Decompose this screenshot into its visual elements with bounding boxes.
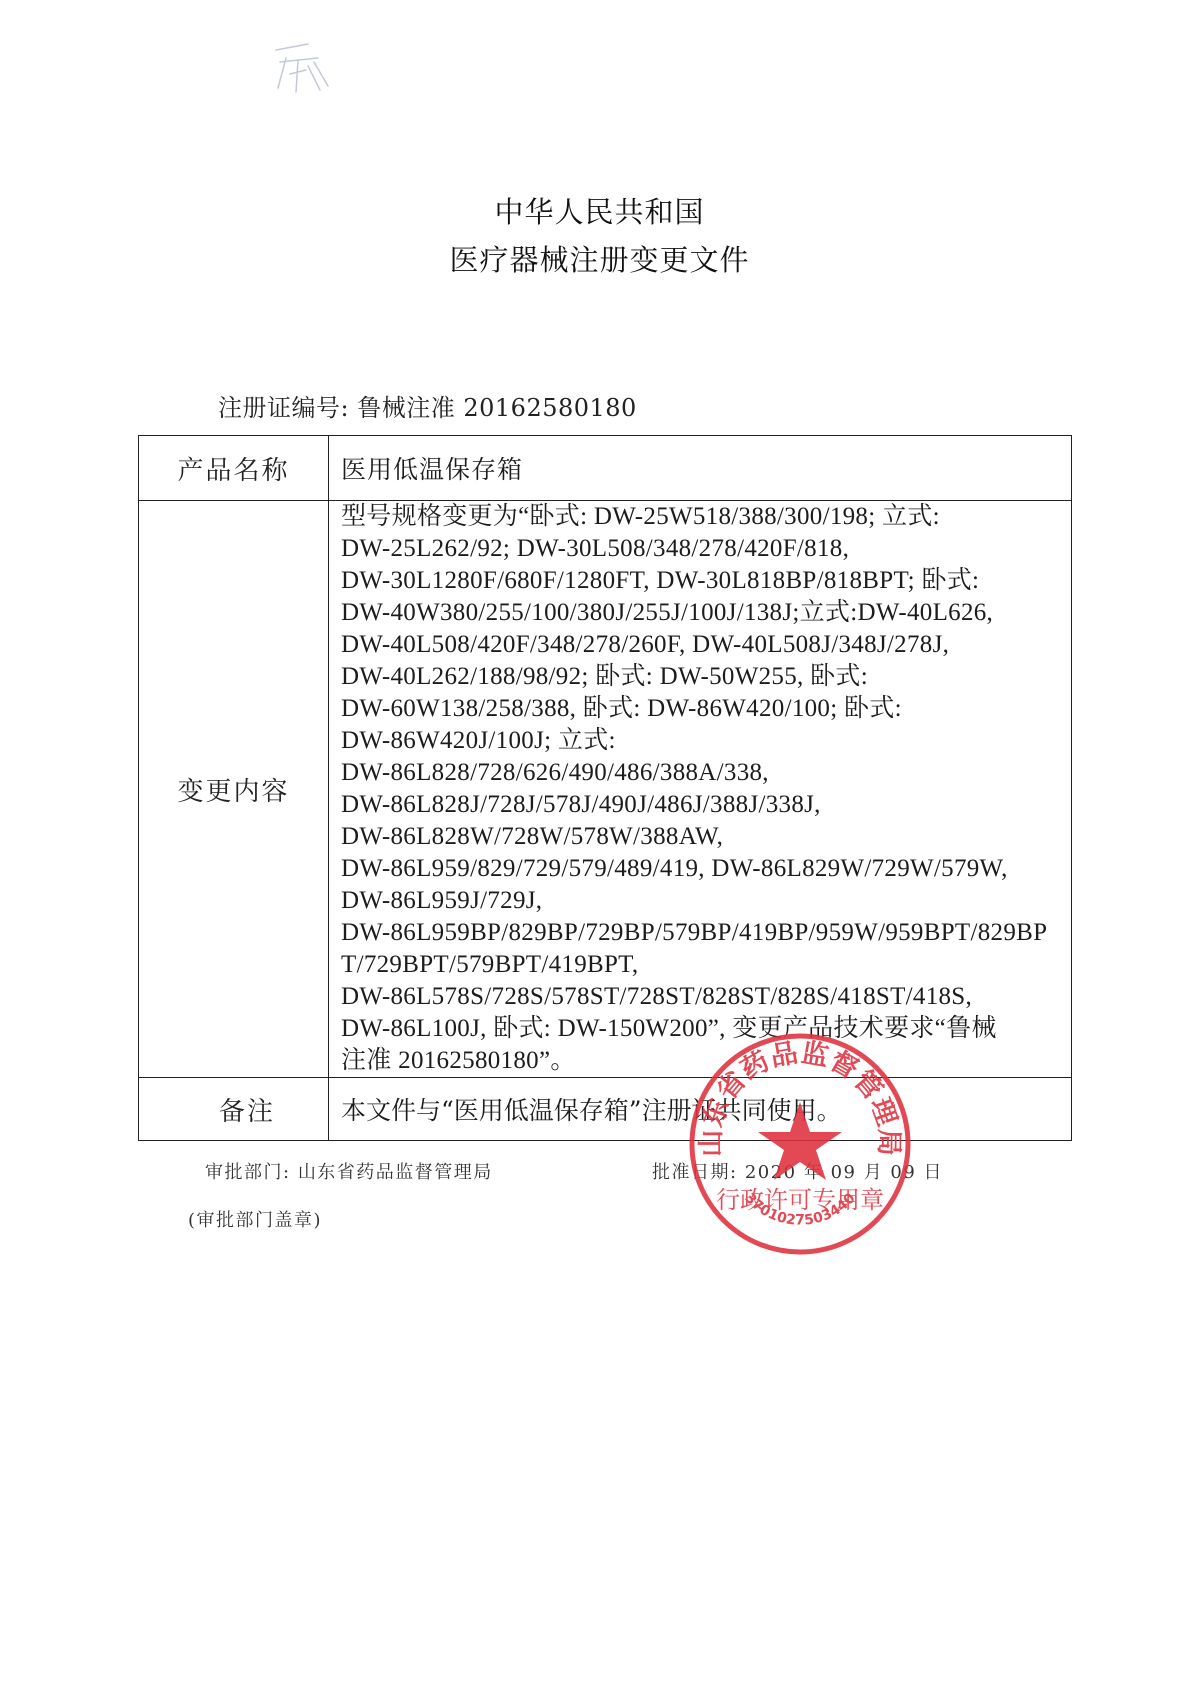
- table-row-product-name: 产品名称 医用低温保存箱: [139, 436, 1072, 501]
- change-line: DW-86L828W/728W/578W/388AW,: [341, 821, 1059, 853]
- approver: 审批部门: 山东省药品监督管理局: [205, 1158, 493, 1184]
- official-seal: 山东省药品监督管理局 行政许可专用章 3701027503440: [686, 1030, 914, 1258]
- seal-center-text: 行政许可专用章: [716, 1186, 884, 1214]
- change-line: DW-86L828/728/626/490/486/388A/338,: [341, 757, 1059, 789]
- change-line: DW-40L262/188/98/92; 卧式: DW-50W255, 卧式:: [341, 661, 1059, 693]
- change-line: DW-60W138/258/388, 卧式: DW-86W420/100; 卧式…: [341, 693, 1059, 725]
- star-icon: [758, 1102, 842, 1180]
- change-line: 型号规格变更为“卧式: DW-25W518/388/300/198; 立式:: [341, 501, 1059, 533]
- change-line: DW-86L959/829/729/579/489/419, DW-86L829…: [341, 853, 1059, 885]
- registration-label: 注册证编号:: [218, 394, 349, 422]
- change-content-label: 变更内容: [139, 501, 329, 1078]
- seal-note: (审批部门盖章): [188, 1206, 322, 1232]
- change-line: DW-86L959J/729J,: [341, 885, 1059, 917]
- table-row-change-content: 变更内容 型号规格变更为“卧式: DW-25W518/388/300/198; …: [139, 501, 1072, 1078]
- change-line: DW-86L828J/728J/578J/490J/486J/388J/338J…: [341, 789, 1059, 821]
- change-line: DW-86W420J/100J; 立式:: [341, 725, 1059, 757]
- document-title: 医疗器械注册变更文件: [0, 238, 1199, 279]
- approver-value: 山东省药品监督管理局: [298, 1162, 493, 1183]
- change-line: T/729BPT/579BPT/419BPT,: [341, 949, 1059, 981]
- change-table: 产品名称 医用低温保存箱 变更内容 型号规格变更为“卧式: DW-25W518/…: [138, 435, 1072, 1141]
- change-line: DW-25L262/92; DW-30L508/348/278/420F/818…: [341, 533, 1059, 565]
- registration-value: 鲁械注准 20162580180: [357, 394, 637, 422]
- change-content-value: 型号规格变更为“卧式: DW-25W518/388/300/198; 立式: D…: [329, 501, 1072, 1078]
- registration-number: 注册证编号: 鲁械注准 20162580180: [218, 388, 637, 423]
- change-line: DW-30L1280F/680F/1280FT, DW-30L818BP/818…: [341, 565, 1059, 597]
- handwritten-mark: [268, 40, 338, 100]
- change-line: DW-40L508/420F/348/278/260F, DW-40L508J/…: [341, 629, 1059, 661]
- product-name-value: 医用低温保存箱: [329, 436, 1072, 501]
- change-line: DW-86L959BP/829BP/729BP/579BP/419BP/959W…: [341, 917, 1059, 949]
- table-row-remarks: 备注 本文件与“医用低温保存箱”注册证共同使用。: [139, 1078, 1072, 1141]
- product-name-label: 产品名称: [139, 436, 329, 501]
- remarks-label: 备注: [139, 1078, 329, 1141]
- change-line: DW-40W380/255/100/380J/255J/100J/138J;立式…: [341, 597, 1059, 629]
- document-title-country: 中华人民共和国: [0, 190, 1199, 231]
- approver-label: 审批部门:: [205, 1162, 291, 1183]
- change-line: DW-86L578S/728S/578ST/728ST/828ST/828S/4…: [341, 981, 1059, 1013]
